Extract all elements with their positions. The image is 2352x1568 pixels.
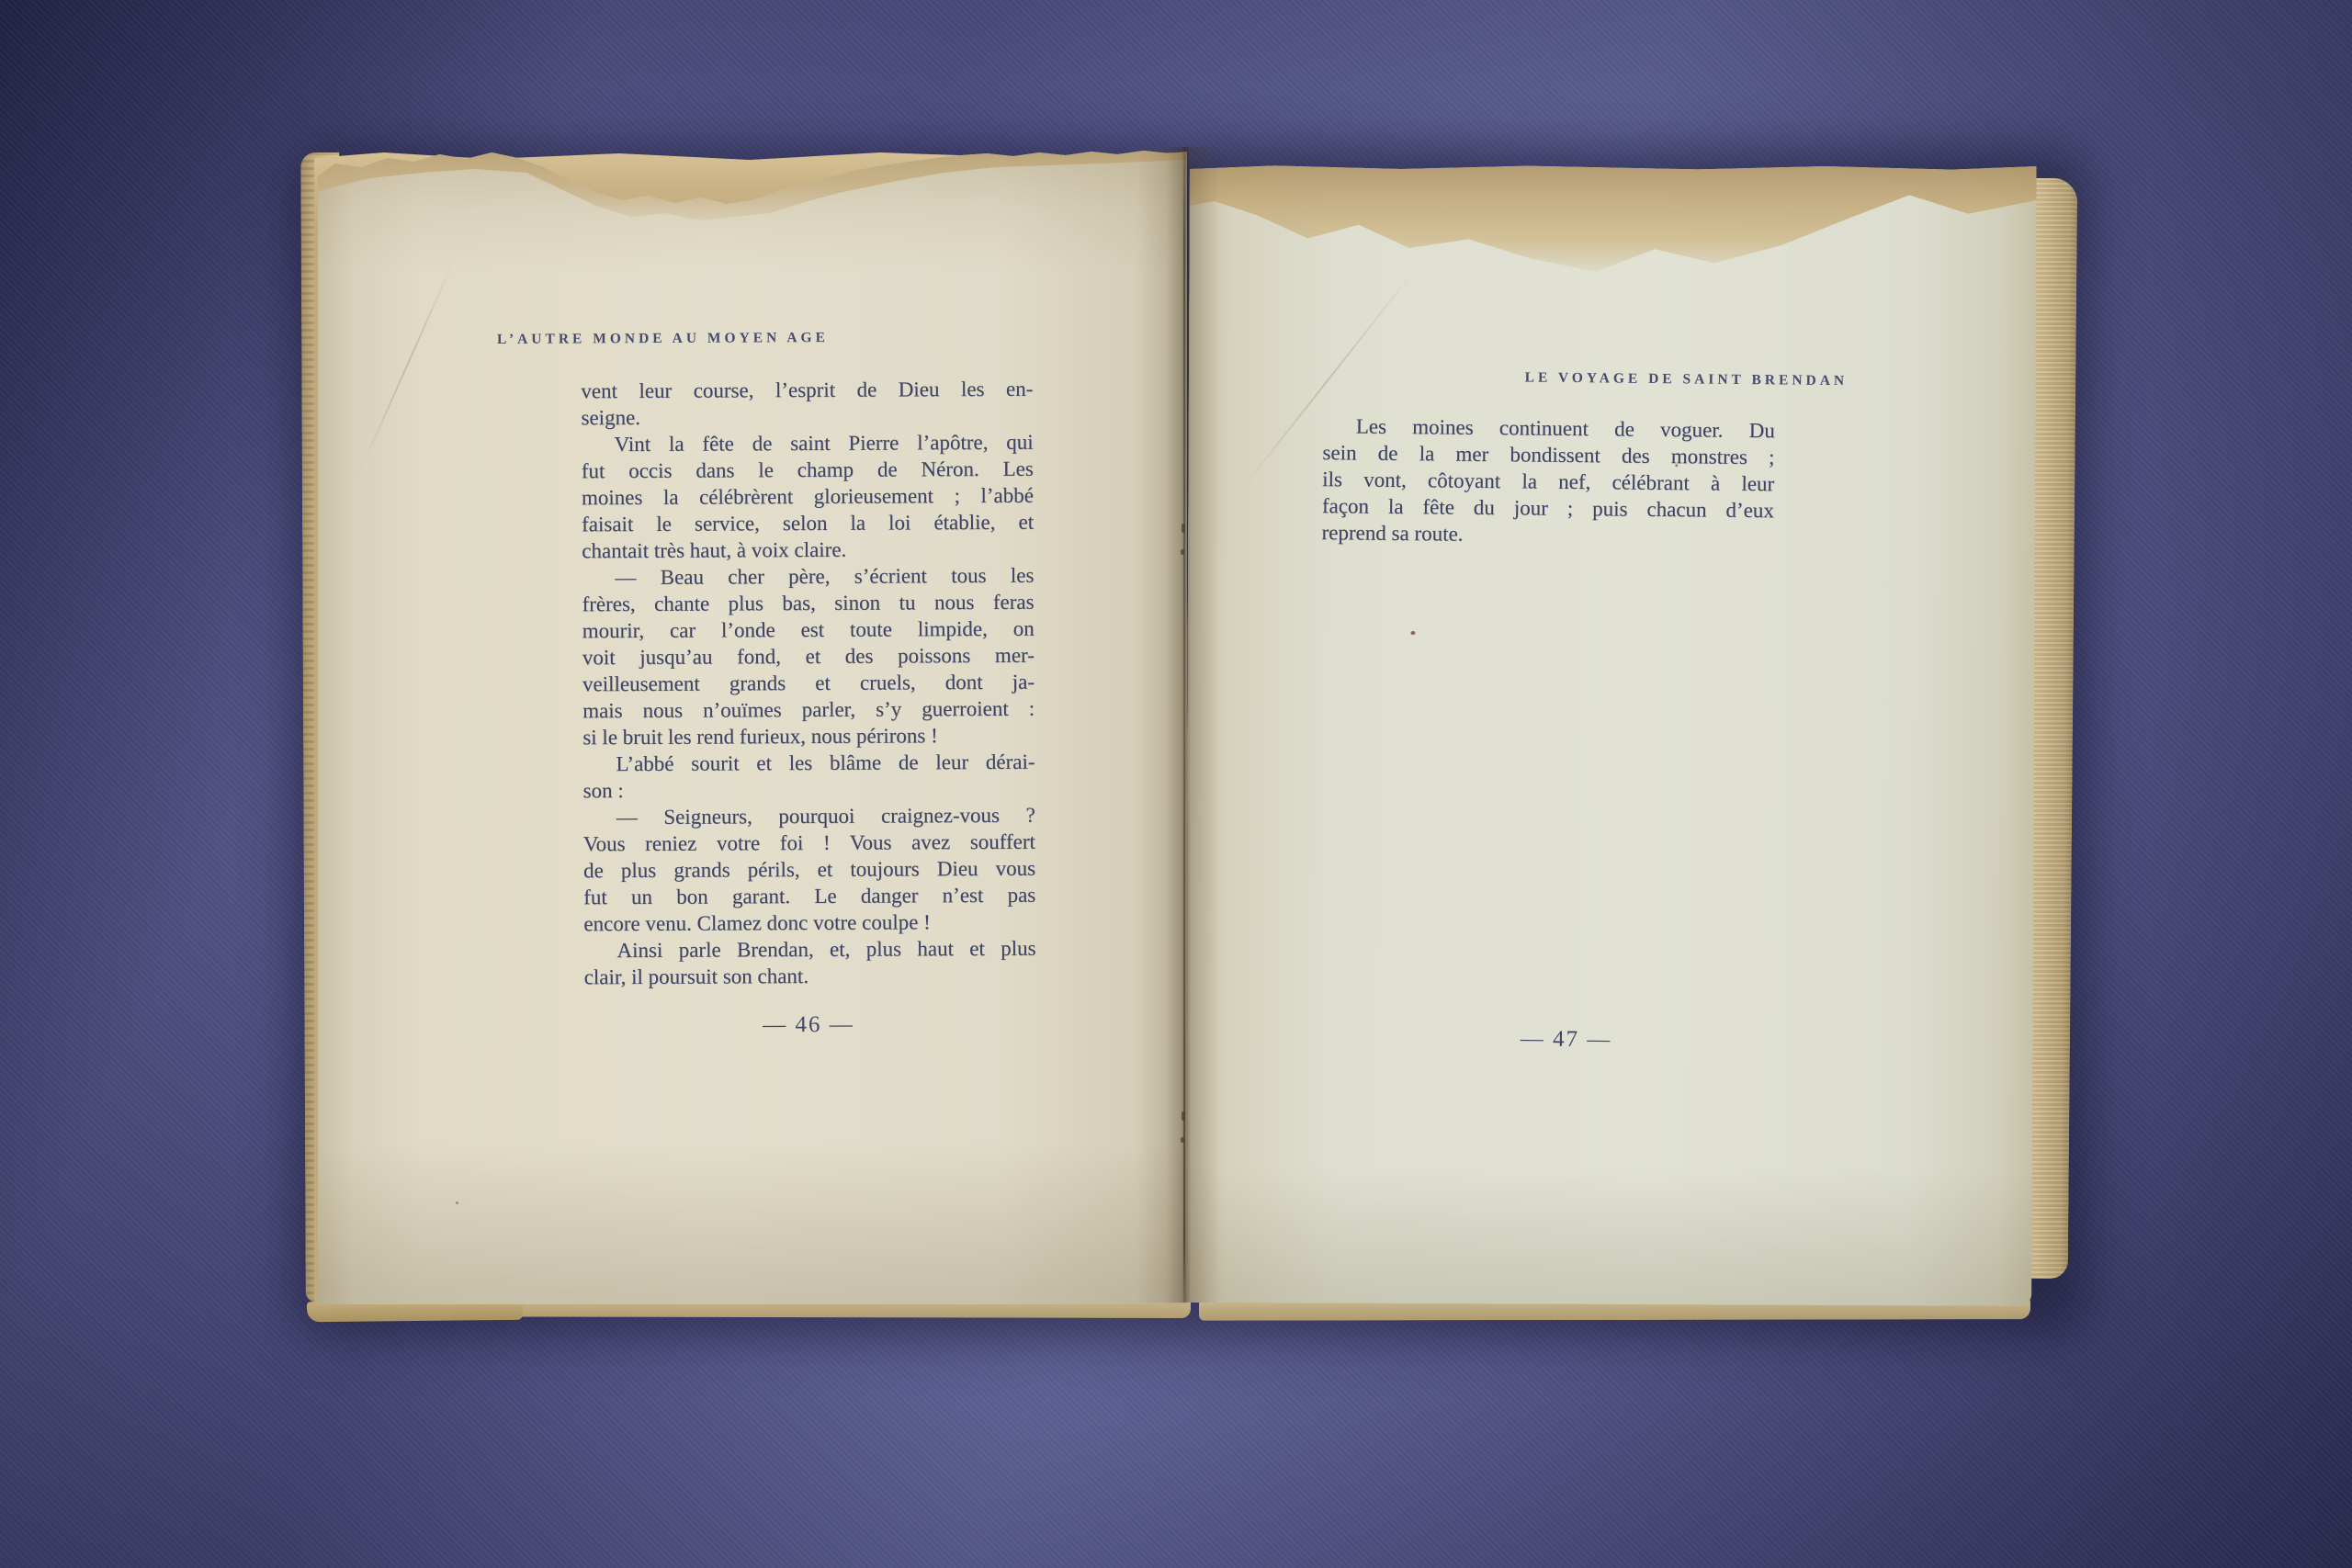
text-line: vent leur course, l’esprit de Dieu les e… xyxy=(581,376,1033,405)
page-number-left: — 46 — xyxy=(582,1011,1071,1040)
text-line: encore venu. Clamez donc votre coulpe ! xyxy=(583,908,1035,938)
right-page-text: Les moines continuent de voguer. Dusein … xyxy=(1321,412,1774,550)
text-line: — Beau cher père, s’écrient tous les xyxy=(582,562,1034,592)
paper-speck xyxy=(1410,631,1415,635)
paper-speck xyxy=(456,1201,458,1204)
text-line: voit jusqu’au fond, et des poissons mer- xyxy=(582,642,1035,671)
text-line: — Seigneurs, pourquoi craignez-vous ? xyxy=(583,802,1035,831)
text-line: mourir, car l’onde est toute limpide, on xyxy=(582,615,1035,645)
left-page-text: vent leur course, l’esprit de Dieu les e… xyxy=(581,376,1035,991)
text-line: si le bruit les rend furieux, nous périr… xyxy=(582,722,1035,751)
running-head-left: L’AUTRE MONDE AU MOYEN AGE xyxy=(497,330,829,348)
right-page: LE VOYAGE DE SAINT BRENDAN Les moines co… xyxy=(1184,160,2036,1306)
text-line: Vous reniez votre foi ! Vous avez souffe… xyxy=(583,829,1035,858)
text-line: fut un bon garant. Le danger n’est pas xyxy=(583,882,1035,911)
page-number-right: — 47 — xyxy=(1319,1024,1792,1055)
binding-stitch xyxy=(1181,1137,1184,1143)
text-line: veilleusement grands et cruels, dont ja- xyxy=(582,669,1035,698)
paper-crease xyxy=(357,256,457,475)
binding-stitch xyxy=(1181,549,1184,555)
text-line: faisait le service, selon la loi établie… xyxy=(582,509,1034,538)
text-line: reprend sa route. xyxy=(1321,519,1773,550)
photo-scene: L’AUTRE MONDE AU MOYEN AGE vent leur cou… xyxy=(0,0,2352,1568)
text-line: frères, chante plus bas, sinon tu nous f… xyxy=(582,589,1034,618)
left-page: L’AUTRE MONDE AU MOYEN AGE vent leur cou… xyxy=(318,145,1187,1304)
text-line: Ainsi parle Brendan, et, plus haut et pl… xyxy=(583,935,1035,964)
text-line: moines la célébrèrent glorieusement ; l’… xyxy=(582,482,1034,512)
ink-artifact xyxy=(1675,464,1678,467)
text-line: clair, il poursuit son chant. xyxy=(584,962,1036,991)
text-line: mais nous n’ouïmes parler, s’y guerroien… xyxy=(582,695,1035,725)
text-line: seigne. xyxy=(581,402,1033,432)
text-line: de plus grands périls, et toujours Dieu … xyxy=(583,855,1035,885)
binding-stitch xyxy=(1182,524,1185,533)
text-line: son : xyxy=(583,775,1035,805)
book: L’AUTRE MONDE AU MOYEN AGE vent leur cou… xyxy=(303,138,2081,1332)
text-line: Vint la fête de saint Pierre l’apôtre, q… xyxy=(582,429,1034,458)
binding-stitch xyxy=(1182,1111,1185,1121)
text-line: chantait très haut, à voix claire. xyxy=(582,536,1034,565)
text-line: L’abbé sourit et les blâme de leur dérai… xyxy=(582,749,1035,778)
text-line: fut occis dans le champ de Néron. Les xyxy=(582,456,1034,485)
running-head-right: LE VOYAGE DE SAINT BRENDAN xyxy=(1525,370,1849,390)
